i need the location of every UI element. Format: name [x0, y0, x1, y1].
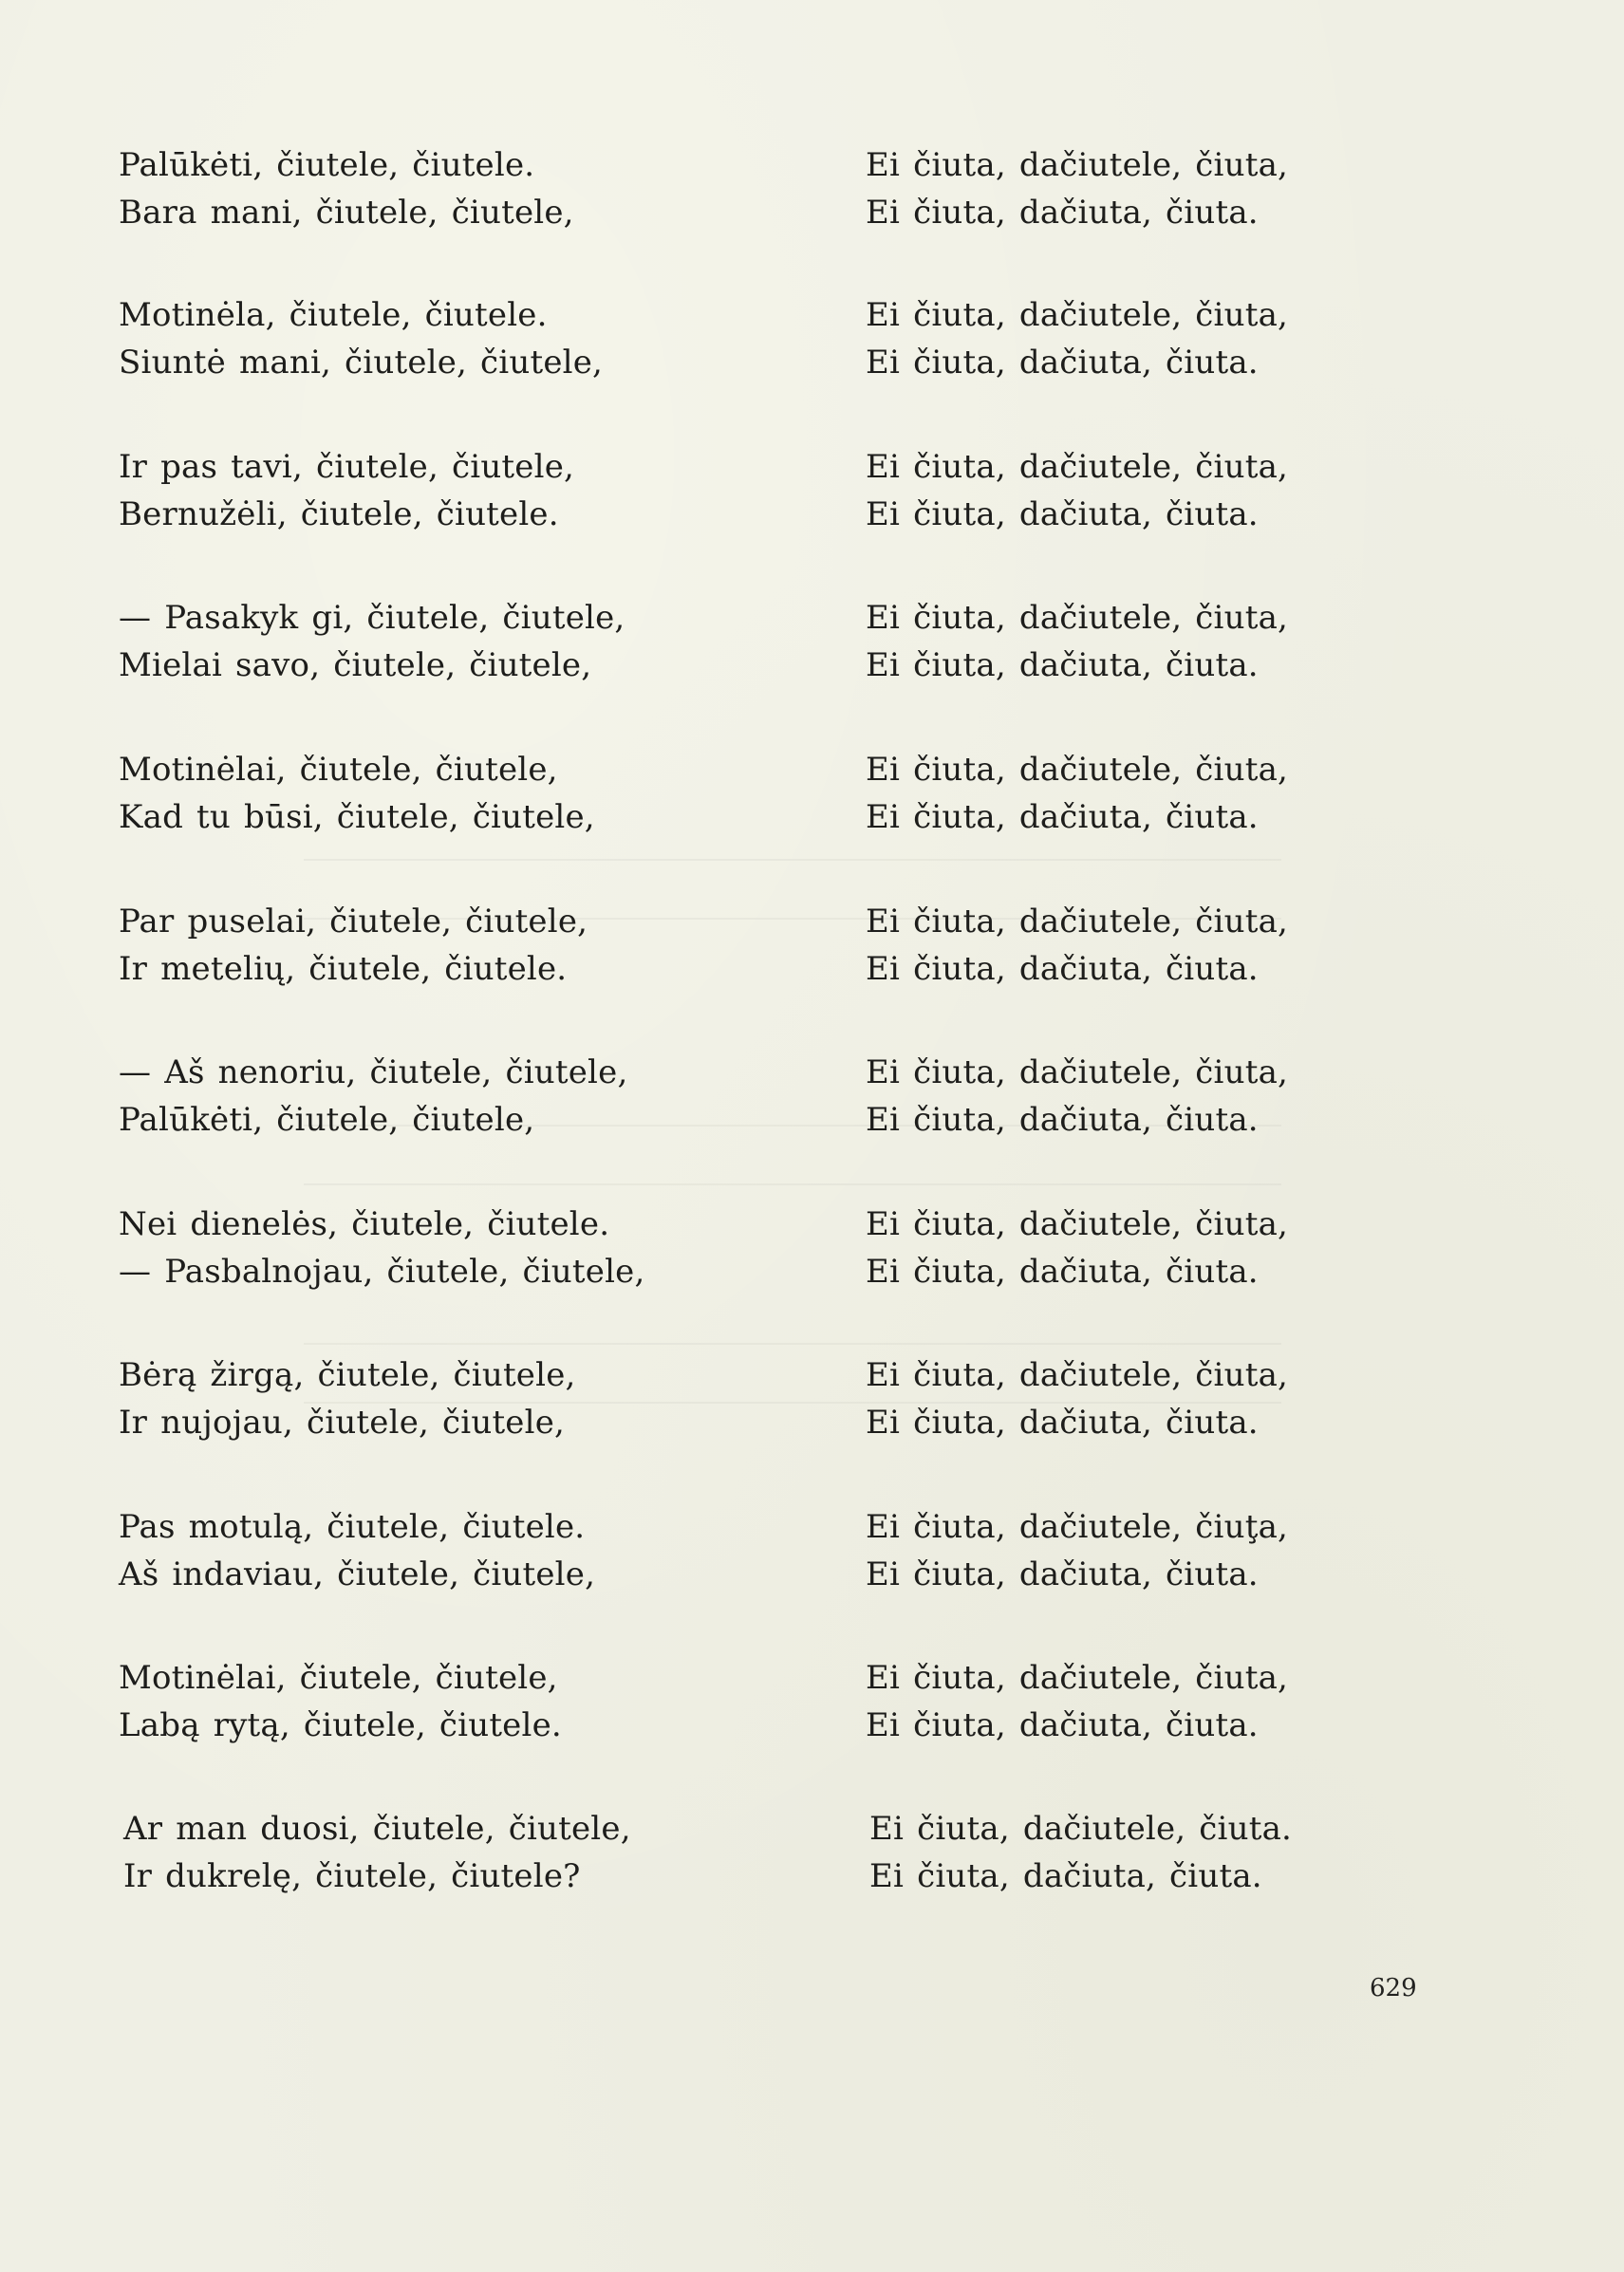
refrain-column: Ei čiuta, dačiutele, čiuta, Ei čiuta, da…	[866, 291, 1288, 386]
stanza: Ar man duosi, čiutele, čiutele, Ir dukre…	[0, 1805, 1624, 1909]
book-page: Palūkėti, čiutele, čiutele. Bara mani, č…	[0, 0, 1624, 2272]
verse-line: Bara mani, čiutele, čiutele,	[119, 189, 574, 236]
verse-column: Motinėlai, čiutele, čiutele, Labą rytą, …	[119, 1654, 562, 1749]
refrain-line: Ei čiuta, dačiuta, čiuta.	[866, 1399, 1288, 1446]
verse-column: Ar man duosi, čiutele, čiutele, Ir dukre…	[123, 1805, 631, 1900]
refrain-line: Ei čiuta, dačiutele, čiuta.	[869, 1805, 1292, 1853]
refrain-line: Ei čiuta, dačiutele, čiuta,	[866, 1049, 1288, 1096]
refrain-line: Ei čiuta, dačiutele, čiuta,	[866, 594, 1288, 642]
stanza: Palūkėti, čiutele, čiutele. Bara mani, č…	[0, 141, 1624, 246]
refrain-column: Ei čiuta, dačiutele, čiuţa, Ei čiuta, da…	[866, 1503, 1288, 1598]
verse-line: Pas motulą, čiutele, čiutele.	[119, 1503, 595, 1551]
stanza: — Pasakyk gi, čiutele, čiutele, Mielai s…	[0, 594, 1624, 698]
refrain-line: Ei čiuta, dačiutele, čiuta,	[866, 141, 1288, 189]
verse-column: Par puselai, čiutele, čiutele, Ir meteli…	[119, 898, 588, 993]
refrain-line: Ei čiuta, dačiuta, čiuta.	[866, 1702, 1288, 1749]
refrain-column: Ei čiuta, dačiutele, čiuta, Ei čiuta, da…	[866, 898, 1288, 993]
verse-line: Palūkėti, čiutele, čiutele,	[119, 1096, 627, 1144]
verse-line: Ir dukrelę, čiutele, čiutele?	[123, 1853, 631, 1900]
refrain-line: Ei čiuta, dačiutele, čiuta,	[866, 1654, 1288, 1702]
refrain-line: Ei čiuta, dačiuta, čiuta.	[869, 1853, 1292, 1900]
verse-line: Ir pas tavi, čiutele, čiutele,	[119, 443, 574, 491]
refrain-column: Ei čiuta, dačiutele, čiuta, Ei čiuta, da…	[866, 746, 1288, 841]
refrain-line: Ei čiuta, dačiuta, čiuta.	[866, 945, 1288, 993]
verse-line: Motinėlai, čiutele, čiutele,	[119, 1654, 562, 1702]
verse-column: — Aš nenoriu, čiutele, čiutele, Palūkėti…	[119, 1049, 627, 1144]
verse-column: Palūkėti, čiutele, čiutele. Bara mani, č…	[119, 141, 574, 236]
stanza: Bėrą žirgą, čiutele, čiutele, Ir nujojau…	[0, 1351, 1624, 1456]
refrain-column: Ei čiuta, dačiutele, čiuta, Ei čiuta, da…	[866, 141, 1288, 236]
verse-column: Motinėla, čiutele, čiutele. Siuntė mani,…	[119, 291, 603, 386]
page-number: 629	[1370, 1974, 1417, 2002]
refrain-line: Ei čiuta, dačiutele, čiuta,	[866, 1201, 1288, 1248]
refrain-line: Ei čiuta, dačiutele, čiuţa,	[866, 1503, 1288, 1551]
verse-line: Labą rytą, čiutele, čiutele.	[119, 1702, 562, 1749]
verse-line: Motinėla, čiutele, čiutele.	[119, 291, 603, 339]
stanza: Motinėlai, čiutele, čiutele, Labą rytą, …	[0, 1654, 1624, 1759]
verse-column: — Pasakyk gi, čiutele, čiutele, Mielai s…	[119, 594, 625, 689]
verse-column: Pas motulą, čiutele, čiutele. Aš indavia…	[119, 1503, 595, 1598]
refrain-column: Ei čiuta, dačiutele, čiuta, Ei čiuta, da…	[866, 1351, 1288, 1446]
verse-line: — Pasakyk gi, čiutele, čiutele,	[119, 594, 625, 642]
stanza: Par puselai, čiutele, čiutele, Ir meteli…	[0, 898, 1624, 1002]
stanza: Motinėlai, čiutele, čiutele, Kad tu būsi…	[0, 746, 1624, 850]
refrain-line: Ei čiuta, dačiuta, čiuta.	[866, 189, 1288, 236]
stanza: Pas motulą, čiutele, čiutele. Aš indavia…	[0, 1503, 1624, 1608]
refrain-line: Ei čiuta, dačiuta, čiuta.	[866, 491, 1288, 538]
verse-line: Kad tu būsi, čiutele, čiutele,	[119, 793, 595, 841]
verse-column: Bėrą žirgą, čiutele, čiutele, Ir nujojau…	[119, 1351, 576, 1446]
verse-line: Bernužėli, čiutele, čiutele.	[119, 491, 574, 538]
verse-column: Motinėlai, čiutele, čiutele, Kad tu būsi…	[119, 746, 595, 841]
refrain-line: Ei čiuta, dačiutele, čiuta,	[866, 1351, 1288, 1399]
verse-column: Ir pas tavi, čiutele, čiutele, Bernužėli…	[119, 443, 574, 538]
refrain-column: Ei čiuta, dačiutele, čiuta, Ei čiuta, da…	[866, 1201, 1288, 1295]
refrain-line: Ei čiuta, dačiutele, čiuta,	[866, 898, 1288, 945]
refrain-line: Ei čiuta, dačiutele, čiuta,	[866, 291, 1288, 339]
stanza: Ir pas tavi, čiutele, čiutele, Bernužėli…	[0, 443, 1624, 548]
verse-line: Palūkėti, čiutele, čiutele.	[119, 141, 574, 189]
verse-line: Bėrą žirgą, čiutele, čiutele,	[119, 1351, 576, 1399]
refrain-line: Ei čiuta, dačiutele, čiuta,	[866, 746, 1288, 793]
verse-line: Par puselai, čiutele, čiutele,	[119, 898, 588, 945]
verse-line: — Aš nenoriu, čiutele, čiutele,	[119, 1049, 627, 1096]
verse-line: Nei dienelės, čiutele, čiutele.	[119, 1201, 645, 1248]
refrain-column: Ei čiuta, dačiutele, čiuta. Ei čiuta, da…	[869, 1805, 1292, 1900]
refrain-column: Ei čiuta, dačiutele, čiuta, Ei čiuta, da…	[866, 594, 1288, 689]
refrain-column: Ei čiuta, dačiutele, čiuta, Ei čiuta, da…	[866, 1049, 1288, 1144]
stanza: Nei dienelės, čiutele, čiutele. — Pasbal…	[0, 1201, 1624, 1305]
verse-line: Ir nujojau, čiutele, čiutele,	[119, 1399, 576, 1446]
verse-line: Mielai savo, čiutele, čiutele,	[119, 642, 625, 689]
verse-line: Ir metelių, čiutele, čiutele.	[119, 945, 588, 993]
verse-line: Ar man duosi, čiutele, čiutele,	[123, 1805, 631, 1853]
verse-line: — Pasbalnojau, čiutele, čiutele,	[119, 1248, 645, 1295]
refrain-line: Ei čiuta, dačiutele, čiuta,	[866, 443, 1288, 491]
refrain-line: Ei čiuta, dačiuta, čiuta.	[866, 339, 1288, 386]
verse-line: Motinėlai, čiutele, čiutele,	[119, 746, 595, 793]
verse-column: Nei dienelės, čiutele, čiutele. — Pasbal…	[119, 1201, 645, 1295]
stanza: Motinėla, čiutele, čiutele. Siuntė mani,…	[0, 291, 1624, 396]
refrain-line: Ei čiuta, dačiuta, čiuta.	[866, 1096, 1288, 1144]
refrain-line: Ei čiuta, dačiuta, čiuta.	[866, 793, 1288, 841]
verse-line: Siuntė mani, čiutele, čiutele,	[119, 339, 603, 386]
refrain-line: Ei čiuta, dačiuta, čiuta.	[866, 642, 1288, 689]
refrain-column: Ei čiuta, dačiutele, čiuta, Ei čiuta, da…	[866, 443, 1288, 538]
refrain-line: Ei čiuta, dačiuta, čiuta.	[866, 1248, 1288, 1295]
refrain-column: Ei čiuta, dačiutele, čiuta, Ei čiuta, da…	[866, 1654, 1288, 1749]
stanza: — Aš nenoriu, čiutele, čiutele, Palūkėti…	[0, 1049, 1624, 1153]
verse-line: Aš indaviau, čiutele, čiutele,	[119, 1551, 595, 1598]
refrain-line: Ei čiuta, dačiuta, čiuta.	[866, 1551, 1288, 1598]
